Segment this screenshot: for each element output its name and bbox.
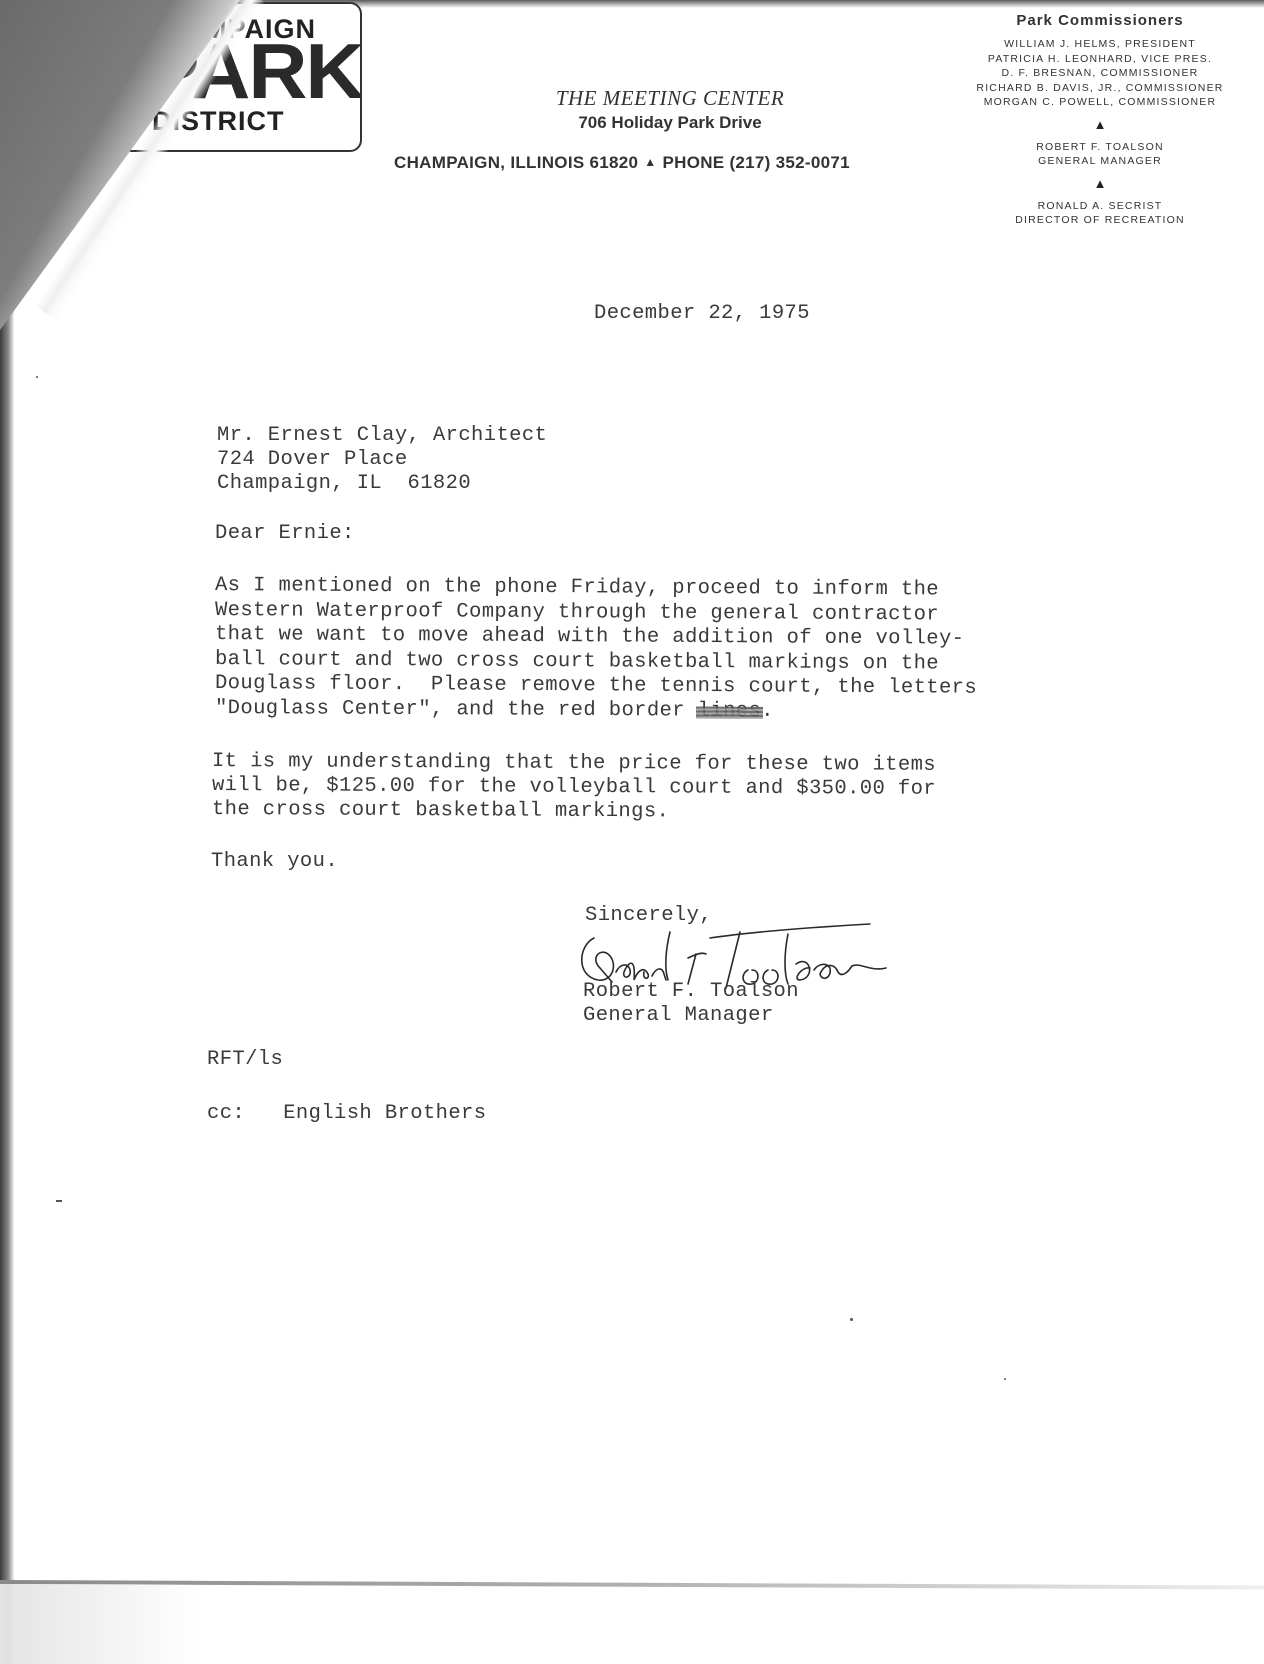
venue-name: THE MEETING CENTER [460,86,880,111]
scan-speck [850,1318,853,1321]
general-manager-name: ROBERT F. TOALSON [950,140,1250,155]
general-manager-role: GENERAL MANAGER [950,154,1250,169]
venue-phone: PHONE (217) 352-0071 [662,153,849,172]
paragraph-line: the cross court basketball markings. [212,798,936,826]
carbon-copy-line: cc: English Brothers [207,1102,486,1126]
triangle-icon: ▲ [950,118,1250,132]
paragraph-line-text: "Douglass Center", and the red border [215,697,698,723]
commissioners-title: Park Commissioners [950,12,1250,29]
recipient-line: 724 Dover Place [217,448,547,472]
reference-initials: RFT/ls [207,1048,283,1072]
commissioner-member: WILLIAM J. HELMS, PRESIDENT [950,37,1250,52]
salutation: Dear Ernie: [215,522,355,546]
triangle-icon: ▲ [950,177,1250,191]
signer-block: Robert F. ToalsonGeneral Manager [583,980,799,1028]
signer-title: General Manager [583,1004,799,1028]
scan-speck [36,376,38,378]
scan-speck [56,1200,62,1202]
director-role: DIRECTOR OF RECREATION [950,213,1250,228]
commissioners-block: Park Commissioners WILLIAM J. HELMS, PRE… [950,12,1250,228]
cc-label: cc: [207,1102,245,1125]
letterhead-center: THE MEETING CENTER 706 Holiday Park Driv… [460,86,880,133]
commissioner-member: RICHARD B. DAVIS, JR., COMMISSIONER [950,81,1250,96]
paragraph-2: It is my understanding that the price fo… [212,750,936,822]
scan-speck [1004,1378,1006,1380]
thank-you-line: Thank you. [211,850,338,874]
commissioner-member: PATRICIA H. LEONHARD, VICE PRES. [950,52,1250,67]
commissioner-member: D. F. BRESNAN, COMMISSIONER [950,66,1250,81]
letterhead-contact-line: CHAMPAIGN, ILLINOIS 61820▲PHONE (217) 35… [394,153,850,173]
director-name: RONALD A. SECRIST [950,199,1250,214]
scan-bottom-shadow [0,1584,200,1664]
recipient-address: Mr. Ernest Clay, Architect724 Dover Plac… [217,424,547,496]
recipient-line: Mr. Ernest Clay, Architect [217,424,547,448]
triangle-icon: ▲ [644,155,656,169]
paragraph-line: "Douglass Center", and the red border li… [215,697,977,725]
signer-name: Robert F. Toalson [583,980,799,1004]
struck-out-word: lines [698,699,762,724]
venue-city: CHAMPAIGN, ILLINOIS 61820 [394,153,638,172]
commissioner-member: MORGAN C. POWELL, COMMISSIONER [950,95,1250,110]
recipient-line: Champaign, IL 61820 [217,472,547,496]
paragraph-1: As I mentioned on the phone Friday, proc… [215,574,977,721]
venue-street: 706 Holiday Park Drive [460,113,880,133]
letter-date: December 22, 1975 [594,302,810,326]
cc-recipient: English Brothers [283,1102,486,1125]
